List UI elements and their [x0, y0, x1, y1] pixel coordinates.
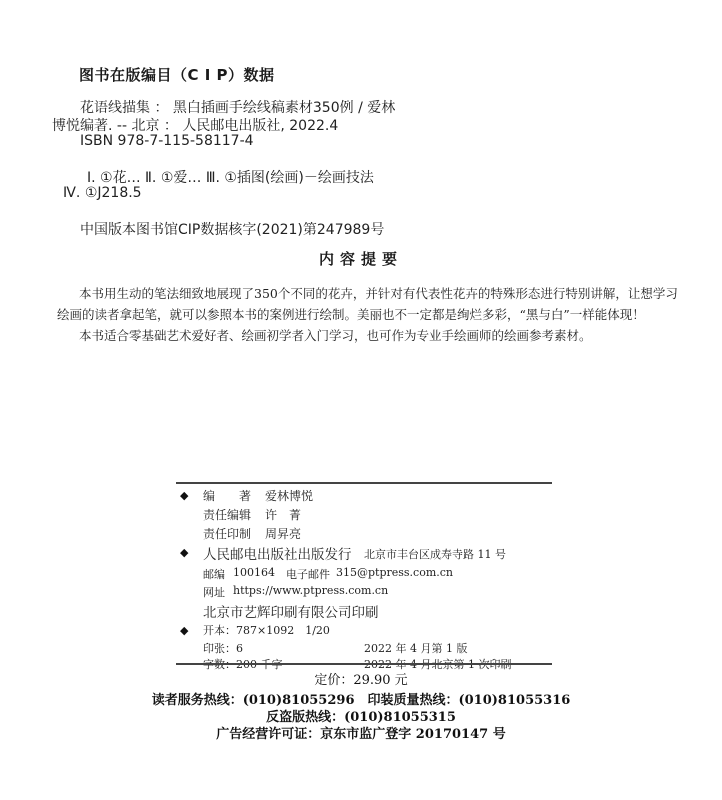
cip-isbn: ISBN 978-7-115-58117-4	[80, 133, 254, 149]
summary-paragraph-1-line-1: 本书用生动的笔法细致地展现了350个不同的花卉，并针对有代表性花卉的特殊形态进行…	[79, 284, 678, 302]
cip-title: 图书在版编目（C I P）数据	[79, 64, 275, 85]
top-divider	[176, 482, 552, 484]
cip-record-number: 中国版本图书馆CIP数据核字(2021)第247989号	[80, 219, 384, 239]
format: 开本：787×1092 1/20	[203, 622, 330, 638]
cip-classification-line-1: Ⅰ. ①花… Ⅱ. ①爱… Ⅲ. ①插图(绘画)－绘画技法	[87, 167, 374, 187]
sheets: 印张：6	[203, 640, 243, 656]
editor-value: 许 菁	[265, 506, 301, 523]
price: 定价：29.90 元	[0, 669, 722, 688]
ad-license: 广告经营许可证：京东市监广登字 20170147 号	[0, 723, 722, 742]
website-label: 网址	[203, 584, 225, 600]
editor-label: 责任编辑	[203, 506, 251, 523]
bullet-icon: ◆	[180, 546, 188, 559]
cip-title-line-2: 博悦编著. -- 北京 ： 人民邮电出版社, 2022.4	[52, 115, 338, 135]
cip-title-line-1: 花语线描集 ： 黑白插画手绘线稿素材350例 / 爱林	[80, 97, 395, 117]
bottom-divider	[176, 663, 552, 665]
printing-supervisor-label: 责任印制	[203, 525, 251, 542]
summary-paragraph-2: 本书适合零基础艺术爱好者、绘画初学者入门学习，也可作为专业手绘画师的绘画参考素材…	[79, 326, 592, 344]
publisher: 人民邮电出版社出版发行	[203, 543, 352, 563]
printing-supervisor-value: 周昇亮	[265, 525, 301, 542]
summary-title: 内容提要	[0, 248, 722, 269]
bullet-icon: ◆	[180, 624, 188, 637]
edition: 2022 年 4 月第 1 版	[364, 640, 467, 656]
cip-classification-line-2: Ⅳ. ①J218.5	[63, 185, 142, 201]
email-value: 315@ptpress.com.cn	[336, 566, 453, 579]
author-value: 爱林博悦	[265, 487, 313, 504]
website-value: https://www.ptpress.com.cn	[233, 584, 388, 597]
printer: 北京市艺辉印刷有限公司印刷	[203, 601, 379, 621]
bullet-icon: ◆	[180, 489, 188, 502]
postcode-label: 邮编	[203, 566, 225, 582]
summary-paragraph-1-line-2: 绘画的读者拿起笔，就可以参照本书的案例进行绘制。美丽也不一定都是绚烂多彩，“黑与…	[57, 305, 645, 323]
email-label: 电子邮件	[286, 566, 330, 582]
publisher-address: 北京市丰台区成寿寺路 11 号	[364, 546, 506, 562]
author-label: 编 著	[203, 487, 251, 504]
postcode-value: 100164	[233, 566, 275, 579]
